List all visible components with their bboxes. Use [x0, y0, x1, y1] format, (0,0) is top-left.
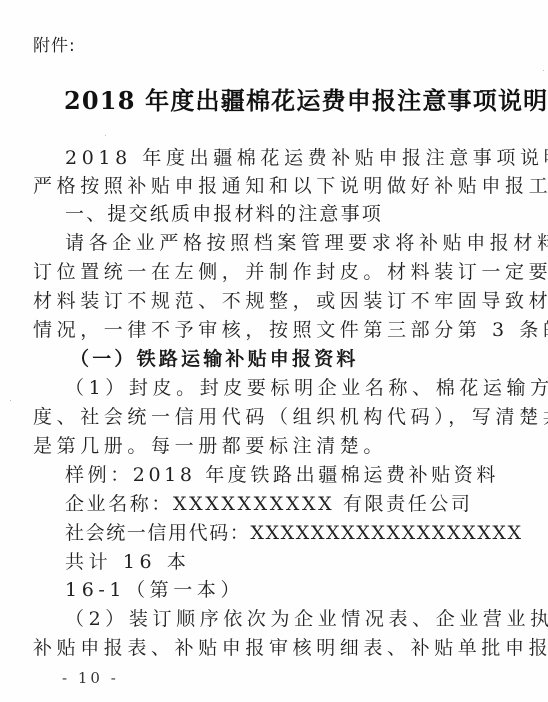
- subsection-1-heading: （一）铁路运输补贴申报资料: [70, 347, 359, 371]
- sample-volume-number: 16-1（第一本）: [65, 578, 244, 602]
- scan-speck: [10, 400, 11, 401]
- item-2-line-2: 补贴申报表、补贴申报审核明细表、补贴单批申报明细表、单批对: [33, 636, 548, 660]
- section-1-paragraph-line-3: 材料装订不规范、不规整，或因装订不牢固导致材料到达后散乱等: [33, 289, 548, 313]
- section-1-heading: 一、提交纸质申报材料的注意事项: [65, 202, 383, 226]
- intro-line-2: 严格按照补贴申报通知和以下说明做好补贴申报工作。: [33, 174, 548, 198]
- section-1-paragraph-line-2: 订位置统一在左侧，并制作封皮。材料装订一定要结实稳固。对于: [33, 260, 548, 284]
- sample-title: 样例：2018 年度铁路出疆棉运费补贴资料: [65, 463, 499, 487]
- sample-total-volumes: 共计 16 本: [65, 550, 190, 574]
- attachment-label: 附件:: [33, 34, 76, 58]
- section-1-paragraph-line-1: 请各企业严格按照档案管理要求将补贴申报材料装订成册，装: [65, 231, 548, 255]
- sample-credit-code: 社会统一信用代码：XXXXXXXXXXXXXXXXXX: [65, 521, 523, 545]
- item-1-line-2: 度、社会统一信用代码（组织机构代码），写清楚共多少册，当前册: [33, 405, 548, 429]
- page-number: - 10 -: [62, 668, 119, 688]
- item-2-line-1: （2）装订顺序依次为企业情况表、企业营业执照（复印件）、: [65, 607, 548, 631]
- section-1-paragraph-line-4: 情况，一律不予审核，按照文件第三部分第 3 条的规定不予补贴。: [33, 318, 548, 342]
- item-1-line-3: 是第几册。每一册都要标注清楚。: [33, 434, 387, 458]
- document-page: 附件: 2018 年度出疆棉花运费申报注意事项说明 2018 年度出疆棉花运费补…: [0, 0, 548, 702]
- sample-company-name: 企业名称：XXXXXXXXXX 有限责任公司: [65, 492, 473, 516]
- intro-line-1: 2018 年度出疆棉花运费补贴申报注意事项说明如下，请各企业: [65, 146, 548, 170]
- item-1-line-1: （1）封皮。封皮要标明企业名称、棉花运输方式、棉花生产年: [65, 376, 548, 400]
- document-title: 2018 年度出疆棉花运费申报注意事项说明: [64, 86, 548, 116]
- scan-speck: [543, 70, 544, 71]
- scan-speck: [105, 135, 106, 136]
